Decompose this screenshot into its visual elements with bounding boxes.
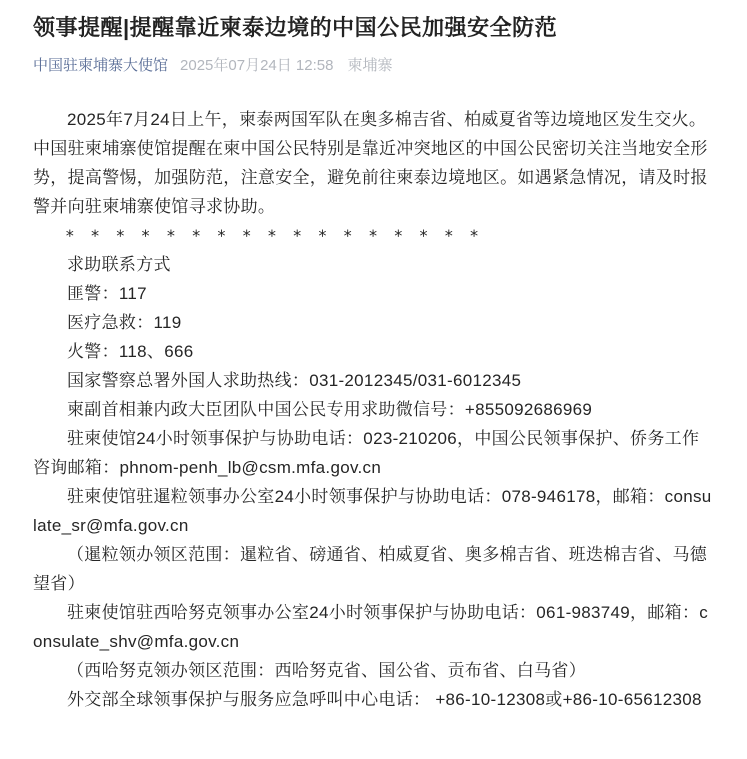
article-body: 2025年7月24日上午，柬泰两国军队在奥多棉吉省、柏威夏省等边境地区发生交火。…	[33, 105, 715, 714]
fire-hotline: 火警：118、666	[33, 337, 715, 366]
siem-reap-jurisdiction-note: （暹粒领办领区范围：暹粒省、磅通省、柏威夏省、奥多棉吉省、班迭棉吉省、马德望省）	[33, 540, 715, 598]
wechat-help-hotline: 柬副首相兼内政大臣团队中国公民专用求助微信号：+855092686969	[33, 395, 715, 424]
sihanoukville-jurisdiction-note: （西哈努克领办领区范围：西哈努克省、国公省、贡布省、白马省）	[33, 656, 715, 685]
asterisk-separator: * * * * * * * * * * * * * * * * *	[33, 221, 715, 250]
mfa-global-hotline: 外交部全球领事保护与服务应急呼叫中心电话： +86-10-12308或+86-1…	[33, 685, 715, 714]
contact-section-heading: 求助联系方式	[33, 250, 715, 279]
police-hotline: 匪警：117	[33, 279, 715, 308]
publish-location: 柬埔寨	[347, 56, 392, 76]
article-title: 领事提醒|提醒靠近柬泰边境的中国公民加强安全防范	[33, 13, 715, 44]
account-name-link[interactable]: 中国驻柬埔寨大使馆	[33, 56, 168, 76]
embassy-24h-hotline: 驻柬使馆24小时领事保护与协助电话：023-210206，中国公民领事保护、侨务…	[33, 424, 715, 482]
sihanoukville-office-hotline: 驻柬使馆驻西哈努克领事办公室24小时领事保护与协助电话：061-983749，邮…	[33, 598, 715, 656]
medical-hotline: 医疗急救：119	[33, 308, 715, 337]
article-meta: 中国驻柬埔寨大使馆 2025年07月24日 12:58 柬埔寨	[33, 56, 715, 76]
intro-paragraph: 2025年7月24日上午，柬泰两国军队在奥多棉吉省、柏威夏省等边境地区发生交火。…	[33, 105, 715, 221]
publish-date: 2025年07月24日 12:58	[180, 56, 333, 76]
article-page: 领事提醒|提醒靠近柬泰边境的中国公民加强安全防范 中国驻柬埔寨大使馆 2025年…	[0, 0, 747, 714]
siem-reap-office-hotline: 驻柬使馆驻暹粒领事办公室24小时领事保护与协助电话：078-946178，邮箱：…	[33, 482, 715, 540]
national-police-foreigner-hotline: 国家警察总署外国人求助热线：031-2012345/031-6012345	[33, 366, 715, 395]
